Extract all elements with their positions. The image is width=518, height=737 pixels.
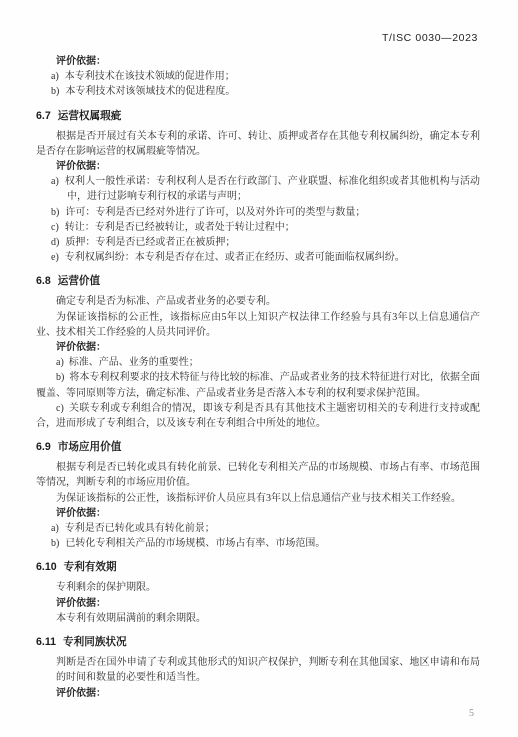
item-marker: a): [56, 357, 64, 368]
section-number: 6.9: [36, 441, 51, 453]
section-heading-6-9: 6.9市场应用价值: [36, 440, 480, 455]
item-text: 本专利技术在该技术领域的促进作用；: [65, 71, 235, 82]
list-item: a)标准、产品、业务的重要性；: [36, 355, 480, 370]
section-heading-6-8: 6.8运营价值: [36, 274, 480, 289]
section-heading-6-10: 6.10专利有效期: [36, 560, 480, 575]
evaluation-basis-label: 评价依据：: [36, 340, 480, 355]
section-number: 6.8: [36, 275, 51, 287]
item-marker: a): [51, 71, 59, 82]
item-text: 专利权属纠纷：本专利是否存在过、或者正在经历、或者可能面临权属纠纷。: [65, 252, 405, 263]
item-text: 将本专利权利要求的技术特征与待比较的标准、产品或者业务的技术特征进行对比，依据全…: [36, 372, 480, 398]
list-item: b)许可：专利是否已经对外进行了许可，以及对外许可的类型与数量；: [36, 205, 480, 220]
paragraph: 为保证该指标的公正性，该指标应由5年以上知识产权法律工作经验与具有3年以上信息通…: [36, 310, 480, 340]
list-item: e)专利权属纠纷：本专利是否存在过、或者正在经历、或者可能面临权属纠纷。: [36, 250, 480, 265]
list-item: b)将本专利权利要求的技术特征与待比较的标准、产品或者业务的技术特征进行对比，依…: [36, 370, 480, 400]
list-item: b)已转化专利相关产品的市场规模、市场占有率、市场范围。: [36, 536, 480, 551]
evaluation-basis-label: 评价依据：: [36, 506, 480, 521]
item-marker: d): [51, 237, 59, 248]
document-content: 评价依据： a)本专利技术在该技术领域的促进作用； b)本专利技术对该领域技术的…: [36, 54, 480, 701]
item-text: 关联专利或专利组合的情况，即该专利是否具有其他技术主题密切相关的专利进行支持或配…: [36, 403, 480, 429]
section-number: 6.10: [36, 561, 57, 573]
evaluation-basis-label: 评价依据：: [36, 596, 480, 611]
item-marker: b): [51, 207, 59, 218]
paragraph: 根据是否开展过有关本专利的承诺、许可、转让、质押或者存在其他专利权属纠纷，确定本…: [36, 129, 480, 159]
section-title: 专利同族状况: [63, 636, 127, 648]
section-title: 运营价值: [58, 275, 100, 287]
item-text: 标准、产品、业务的重要性；: [69, 357, 199, 368]
list-item: a)权利人一般性承诺：专利权利人是否在行政部门、产业联盟、标准化组织或者其他机构…: [36, 174, 480, 204]
item-marker: b): [56, 372, 64, 383]
list-item: a)专利是否已转化或具有转化前景；: [36, 521, 480, 536]
item-marker: c): [51, 222, 59, 233]
section-heading-6-11: 6.11专利同族状况: [36, 635, 480, 650]
paragraph: 确定专利是否为标准、产品或者业务的必要专利。: [36, 294, 480, 309]
item-marker: c): [56, 403, 64, 414]
item-marker: a): [51, 523, 59, 534]
item-marker: b): [51, 86, 59, 97]
list-item: c)关联专利或专利组合的情况，即该专利是否具有其他技术主题密切相关的专利进行支持…: [36, 401, 480, 431]
paragraph: 为保证该指标的公正性，该指标评价人员应具有3年以上信息通信产业与技术相关工作经验…: [36, 491, 480, 506]
list-item: b)本专利技术对该领域技术的促进程度。: [36, 84, 480, 99]
item-marker: a): [51, 176, 59, 187]
item-text: 本专利技术对该领域技术的促进程度。: [65, 86, 235, 97]
page-header: T/ISC 0030—2023: [382, 31, 478, 46]
section-title: 市场应用价值: [58, 441, 122, 453]
paragraph: 判断是否在国外申请了专利或其他形式的知识产权保护，判断专利在其他国家、地区申请和…: [56, 655, 480, 685]
page-number: 5: [469, 706, 474, 721]
section-number: 6.7: [36, 110, 51, 122]
item-marker: b): [51, 538, 59, 549]
list-item: c)转让：专利是否已经被转让，或者处于转让过程中；: [36, 220, 480, 235]
item-text: 权利人一般性承诺：专利权利人是否在行政部门、产业联盟、标准化组织或者其他机构与活…: [65, 176, 480, 202]
item-text: 已转化专利相关产品的市场规模、市场占有率、市场范围。: [65, 538, 325, 549]
section-title: 专利有效期: [64, 561, 117, 573]
item-text: 许可：专利是否已经对外进行了许可，以及对外许可的类型与数量；: [65, 207, 365, 218]
item-text: 质押：专利是否已经或者正在被质押；: [65, 237, 235, 248]
section-number: 6.11: [36, 636, 56, 648]
item-text: 专利是否已转化或具有转化前景；: [65, 523, 215, 534]
doc-number: T/ISC 0030—2023: [382, 32, 478, 44]
list-item: a)本专利技术在该技术领域的促进作用；: [36, 69, 480, 84]
item-marker: e): [51, 252, 59, 263]
item-text: 转让：专利是否已经被转让，或者处于转让过程中；: [65, 222, 295, 233]
paragraph: 专利剩余的保护期限。: [36, 580, 480, 595]
evaluation-basis-label: 评价依据：: [36, 159, 480, 174]
section-title: 运营权属瑕疵: [58, 110, 122, 122]
evaluation-basis-label: 评价依据：: [36, 686, 480, 701]
list-item: d)质押：专利是否已经或者正在被质押；: [36, 235, 480, 250]
paragraph: 本专利有效期届满前的剩余期限。: [36, 611, 480, 626]
evaluation-basis-label: 评价依据：: [36, 54, 480, 69]
document-page: T/ISC 0030—2023 评价依据： a)本专利技术在该技术领域的促进作用…: [0, 0, 518, 737]
paragraph: 根据专利是否已转化或具有转化前景、已转化专利相关产品的市场规模、市场占有率、市场…: [36, 460, 480, 490]
section-heading-6-7: 6.7运营权属瑕疵: [36, 109, 480, 124]
